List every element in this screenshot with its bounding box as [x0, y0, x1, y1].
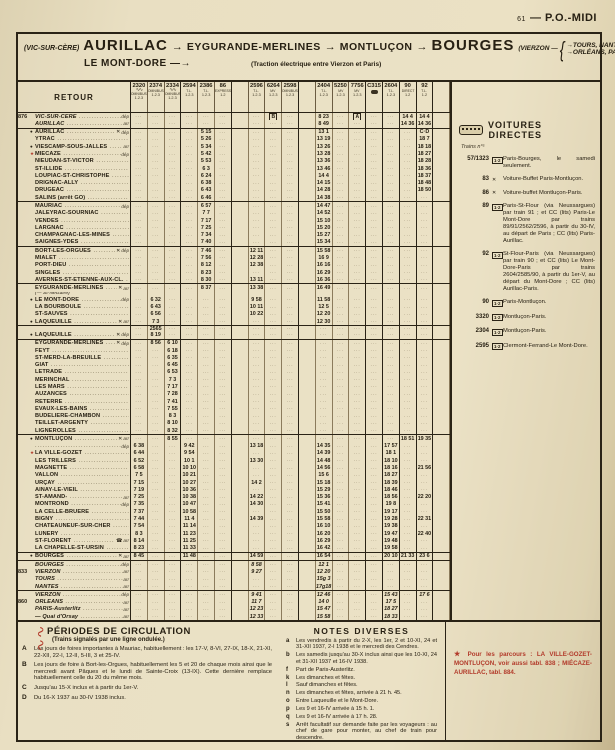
time-cell: ···	[333, 479, 350, 486]
direct-car-train-number: 2304	[459, 328, 492, 337]
time-cell: ···	[282, 187, 299, 194]
title-pre: (VIC-SUR-CÈRE)	[24, 45, 79, 52]
time-cell: ···	[349, 311, 366, 318]
time-cell: ···	[198, 457, 215, 464]
station-cell: BIGNY	[18, 515, 131, 522]
time-cell: ···	[215, 553, 232, 560]
time-cell: ···	[198, 450, 215, 457]
time-value: 8 12	[201, 262, 212, 268]
no-service-dots: ···	[287, 569, 294, 574]
divers-letter: k	[286, 675, 296, 681]
no-service-dots: ···	[337, 173, 344, 178]
train-number: 2594	[183, 83, 196, 89]
no-service-dots: ···	[287, 600, 294, 605]
time-cell: ···	[180, 583, 198, 590]
time-cell	[432, 331, 450, 338]
time-cell: ···	[333, 553, 350, 560]
direct-car-entry: 891·2Paris-St-Flour (via Neussargues) pa…	[459, 203, 595, 245]
time-cell: ···	[416, 376, 434, 383]
no-service-dots: ···	[421, 263, 428, 268]
no-service-dots: ···	[135, 377, 142, 382]
time-cell: ···	[333, 544, 350, 551]
time-cell: ···	[282, 262, 299, 269]
time-cell	[432, 427, 450, 434]
no-service-dots: ···	[169, 137, 176, 142]
time-cell: ···	[316, 398, 333, 405]
no-service-dots: ···	[371, 509, 378, 514]
time-cell: ···	[349, 553, 366, 560]
time-cell: 18 1	[382, 450, 400, 457]
time-cell: ···	[131, 598, 148, 605]
no-service-dots: ···	[371, 414, 378, 419]
time-cell: ···	[249, 544, 266, 551]
time-value: 18 27	[384, 606, 398, 612]
no-service-dots: ···	[404, 466, 411, 471]
no-service-dots: ···	[404, 607, 411, 612]
time-cell	[432, 523, 450, 530]
time-cell: ···	[416, 443, 434, 450]
time-cell: ···	[198, 369, 215, 376]
station-cell: EYGURANDE-MERLINES✕arr	[18, 284, 131, 291]
no-service-dots: ···	[219, 305, 226, 310]
no-service-dots: ···	[270, 370, 277, 375]
no-service-dots: ···	[337, 370, 344, 375]
time-cell	[231, 405, 249, 412]
no-service-dots: ···	[320, 392, 327, 397]
time-cell: 15 58	[316, 247, 333, 254]
arr-dep-label: arr	[123, 569, 130, 574]
train-column-header: C315	[365, 82, 383, 112]
time-value: 8 14	[134, 538, 145, 544]
no-service-dots: ···	[404, 270, 411, 275]
no-service-dots: ···	[387, 392, 394, 397]
time-cell: ···	[316, 412, 333, 419]
time-cell: 7 40	[198, 239, 215, 246]
train-column-header: 86EXPRESS1.2	[215, 82, 232, 112]
time-cell: ···	[382, 113, 400, 120]
station-cell: DRUGEAC	[18, 187, 131, 194]
time-cell: ···	[180, 391, 198, 398]
time-value: 7 17	[167, 384, 178, 390]
no-service-dots: ···	[287, 392, 294, 397]
time-cell: ···	[265, 303, 282, 310]
time-cell: ···	[148, 269, 165, 276]
time-cell: 14 0	[316, 598, 333, 605]
no-service-dots: ···	[270, 421, 277, 426]
time-cell: ···	[282, 553, 299, 560]
time-cell: ···	[131, 120, 148, 127]
time-cell: ···	[265, 269, 282, 276]
time-cell: ···	[382, 568, 400, 575]
time-cell: ···	[148, 405, 165, 412]
time-cell	[298, 210, 316, 217]
no-service-dots: ···	[320, 348, 327, 353]
time-cell: ···	[382, 284, 400, 291]
time-cell: ···	[282, 347, 299, 354]
time-cell	[298, 172, 316, 179]
arr-dep-label: dép	[121, 592, 130, 597]
time-cell	[231, 180, 249, 187]
time-cell: ···	[333, 239, 350, 246]
no-service-dots: ···	[169, 451, 176, 456]
no-service-dots: ···	[270, 384, 277, 389]
time-cell: ···	[265, 232, 282, 239]
no-service-dots: ···	[270, 355, 277, 360]
time-cell: ···	[282, 150, 299, 157]
station-cell: BOURGESdép	[18, 561, 131, 568]
class-1-2-icon: 1·2	[492, 299, 503, 308]
time-cell: ···	[365, 150, 383, 157]
time-cell	[231, 427, 249, 434]
no-service-dots: ···	[354, 355, 361, 360]
no-service-dots: ···	[253, 204, 260, 209]
station-name: EYGURANDE-MERLINES	[35, 285, 117, 291]
table-row: CHAMPAGNAC-LES-MINES············7 34····…	[18, 232, 450, 239]
no-service-dots: ···	[219, 473, 226, 478]
no-service-dots: ···	[287, 480, 294, 485]
no-service-dots: ···	[387, 406, 394, 411]
time-cell: ···	[382, 232, 400, 239]
time-cell: ···	[165, 284, 182, 291]
time-cell: ···	[165, 254, 182, 261]
time-cell: ···	[333, 427, 350, 434]
no-service-dots: ···	[371, 173, 378, 178]
time-cell: 18 27	[382, 606, 400, 613]
time-cell: 16 10	[316, 523, 333, 530]
time-cell: 17g18	[316, 583, 333, 590]
title-mont-dore: LE MONT-DORE —→	[84, 58, 191, 69]
time-cell: ···	[198, 553, 215, 560]
no-service-dots: ···	[152, 614, 159, 619]
time-cell: ···	[249, 530, 266, 537]
time-cell	[432, 318, 450, 325]
no-service-dots: ···	[387, 255, 394, 260]
time-cell: 8 10	[165, 420, 182, 427]
time-cell: ···	[382, 412, 400, 419]
arr-dep-label: dép	[121, 341, 130, 346]
time-cell: ···	[365, 113, 383, 120]
no-service-dots: ···	[404, 188, 411, 193]
title-via: (VIERZON — { →TOURS, NANTES)→ORLÉANS, PA…	[518, 41, 615, 57]
time-cell: 15 27	[316, 232, 333, 239]
no-service-dots: ···	[337, 211, 344, 216]
time-cell: ···	[148, 217, 165, 224]
time-cell: 6 10	[165, 340, 182, 347]
time-cell: ···	[165, 247, 182, 254]
no-service-dots: ···	[287, 399, 294, 404]
arr-dep-label: dép	[121, 332, 130, 337]
no-service-dots: ···	[287, 181, 294, 186]
time-cell: ···	[165, 224, 182, 231]
time-value: 19 28	[384, 516, 398, 522]
station-name: AURILLAC	[35, 121, 123, 127]
no-service-dots: ···	[421, 577, 428, 582]
time-cell: ···	[249, 376, 266, 383]
time-cell: 18 39	[382, 479, 400, 486]
time-cell: ···	[282, 464, 299, 471]
time-cell: ···	[399, 530, 417, 537]
no-service-dots: ···	[287, 218, 294, 223]
time-value: 14 47	[317, 203, 331, 209]
station-name: MÉRINCHAL	[35, 377, 129, 383]
no-service-dots: ···	[354, 577, 361, 582]
train-classes: 1.2.3	[336, 93, 344, 97]
time-cell: ···	[131, 303, 148, 310]
time-cell: ···	[165, 202, 182, 209]
time-cell	[298, 143, 316, 150]
time-cell	[298, 158, 316, 165]
no-service-dots: ···	[421, 225, 428, 230]
no-service-dots: ···	[387, 286, 394, 291]
time-cell: ···	[249, 136, 266, 143]
no-service-dots: ···	[270, 348, 277, 353]
time-cell: ···	[131, 217, 148, 224]
station-cell: CHATEAUNEUF-SUR-CHER	[18, 523, 131, 530]
no-service-dots: ···	[421, 502, 428, 507]
no-service-dots: ···	[387, 159, 394, 164]
time-cell: ···	[349, 435, 366, 442]
time-cell: ···	[131, 158, 148, 165]
time-cell	[231, 318, 249, 325]
time-cell: ···	[399, 239, 417, 246]
no-service-dots: ···	[354, 399, 361, 404]
station-cell: — Quai d'Orsayarr	[18, 613, 131, 620]
no-service-dots: ···	[270, 554, 277, 559]
station-name: ST-FLORENT	[35, 538, 115, 544]
time-value: 10 38	[183, 494, 197, 500]
no-service-dots: ···	[152, 225, 159, 230]
time-value: 6 45	[167, 362, 178, 368]
time-cell: 11 33	[180, 544, 198, 551]
time-cell	[231, 354, 249, 361]
time-cell: ···	[333, 284, 350, 291]
no-service-dots: ···	[421, 240, 428, 245]
no-service-dots: ···	[387, 355, 394, 360]
table-row: TEILLET-ARGENTY······8 10···············…	[18, 420, 450, 427]
time-cell: ···	[198, 427, 215, 434]
no-service-dots: ···	[387, 332, 394, 337]
page-header: 61— P.O.-MIDI	[517, 12, 597, 24]
no-service-dots: ···	[320, 332, 327, 337]
no-service-dots: ···	[203, 569, 210, 574]
no-service-dots: ···	[371, 592, 378, 597]
no-service-dots: ···	[404, 421, 411, 426]
no-service-dots: ···	[219, 144, 226, 149]
time-cell: 13 19	[316, 136, 333, 143]
no-service-dots: ···	[371, 363, 378, 368]
time-cell: ···	[382, 405, 400, 412]
divers-letter: p	[286, 706, 296, 712]
time-cell: ···	[215, 568, 232, 575]
no-service-dots: ···	[421, 370, 428, 375]
time-cell: 14 39	[249, 515, 266, 522]
time-cell: ···	[333, 376, 350, 383]
time-cell: 18 50	[416, 187, 434, 194]
time-cell	[432, 303, 450, 310]
station-cell: ●AURILLAC✕dép	[18, 129, 131, 136]
time-cell: ···	[365, 561, 383, 568]
no-service-dots: ···	[337, 363, 344, 368]
time-cell: ···	[180, 435, 198, 442]
time-value: 11 33	[183, 545, 196, 551]
time-cell: ···	[215, 194, 232, 201]
no-service-dots: ···	[219, 421, 226, 426]
arr-dep-label: arr	[123, 584, 130, 589]
time-cell: ···	[382, 340, 400, 347]
time-value: 18 39	[384, 480, 398, 486]
time-cell: ···	[382, 276, 400, 283]
no-service-dots: ···	[371, 531, 378, 536]
no-service-dots: ···	[270, 188, 277, 193]
time-cell: ···	[282, 383, 299, 390]
no-service-dots: ···	[421, 319, 428, 324]
no-service-dots: ···	[387, 436, 394, 441]
no-service-dots: ···	[337, 144, 344, 149]
table-row: AUZANCES······7 28······················…	[18, 391, 450, 398]
time-cell: ···	[349, 530, 366, 537]
time-cell: ···	[265, 318, 282, 325]
time-cell: ···	[399, 501, 417, 508]
table-row: CHATEAUNEUF-SUR-CHER7 54······11 14·····…	[18, 523, 450, 530]
time-value: 15 58	[317, 614, 331, 620]
time-cell: ···	[215, 450, 232, 457]
time-cell: ···	[198, 515, 215, 522]
no-service-dots: ···	[337, 332, 344, 337]
time-cell: ···	[333, 435, 350, 442]
no-service-dots: ···	[371, 554, 378, 559]
no-service-dots: ···	[354, 286, 361, 291]
no-service-dots: ···	[219, 188, 226, 193]
time-cell: ···	[382, 217, 400, 224]
no-service-dots: ···	[354, 524, 361, 529]
table-row: YTRAC············5 26············13 19··…	[18, 136, 450, 143]
time-cell: ···	[282, 523, 299, 530]
station-cell: MÉRINCHAL	[18, 376, 131, 383]
time-cell: 22 40	[416, 530, 434, 537]
direct-car-entry: 86✕Voiture-buffet Montluçon-Paris.	[459, 190, 595, 198]
no-service-dots: ···	[387, 263, 394, 268]
time-cell: ···	[333, 143, 350, 150]
time-cell: ···	[282, 515, 299, 522]
train-type: T.L.	[203, 89, 209, 93]
station-name: LÉTRADE	[35, 369, 129, 375]
no-service-dots: ···	[421, 384, 428, 389]
time-value: 14 15	[317, 180, 331, 186]
no-service-dots: ···	[404, 584, 411, 589]
time-cell: ···	[349, 598, 366, 605]
time-cell	[231, 269, 249, 276]
no-service-dots: ···	[219, 277, 226, 282]
time-cell: ···	[399, 210, 417, 217]
time-cell: ···	[416, 606, 434, 613]
time-cell: ···	[416, 276, 434, 283]
time-cell: ···	[265, 311, 282, 318]
table-row: BIGNY7 44······11 4······14 39······15 5…	[18, 515, 450, 522]
time-cell: ···	[165, 568, 182, 575]
time-value: 8 23	[318, 114, 329, 120]
station-name: LE MONT-DORE	[35, 297, 121, 303]
no-service-dots: ···	[354, 144, 361, 149]
time-cell: 15 18	[316, 479, 333, 486]
time-cell: ···	[265, 427, 282, 434]
no-service-dots: ···	[354, 562, 361, 567]
no-service-dots: ···	[371, 286, 378, 291]
no-service-dots: ···	[253, 173, 260, 178]
time-value: 15 58	[317, 248, 331, 254]
no-service-dots: ···	[270, 546, 277, 551]
time-cell: 18 48	[416, 180, 434, 187]
time-cell: ···	[215, 331, 232, 338]
time-cell: ···	[333, 420, 350, 427]
no-service-dots: ···	[169, 181, 176, 186]
train-column-header: 5250MV1.2.3	[333, 82, 350, 112]
time-cell: ···	[198, 537, 215, 544]
no-service-dots: ···	[219, 263, 226, 268]
time-cell: 14 38	[316, 194, 333, 201]
no-service-dots: ···	[287, 444, 294, 449]
no-service-dots: ···	[270, 240, 277, 245]
time-cell: ···	[282, 129, 299, 136]
no-service-dots: ···	[203, 355, 210, 360]
time-cell: ···	[131, 276, 148, 283]
main-area: RETOUR 2320∿∿OMNIBUS1.2.32374OMNIBUS1.2.…	[18, 82, 600, 620]
train-classes: 1.2.3	[286, 93, 294, 97]
time-cell: ···	[215, 383, 232, 390]
time-cell: 18 37	[416, 172, 434, 179]
arrow-icon: →	[325, 41, 336, 53]
no-service-dots: ···	[371, 392, 378, 397]
station-name: CHATEAUNEUF-SUR-CHER	[35, 523, 129, 529]
no-service-dots: ···	[152, 584, 159, 589]
table-row: VALLON7 5······10 21···············15 6·…	[18, 472, 450, 479]
time-cells: ············8 30···13 11······16 36·····…	[131, 276, 450, 283]
train-column-header: 2594T.L.1.2.3	[180, 82, 198, 112]
train-column-header: 2404T.L.1.2.3	[316, 82, 333, 112]
table-row: ★LA VILLE-GOZET6 44······9 54···········…	[18, 450, 450, 457]
no-service-dots: ···	[253, 144, 260, 149]
no-service-dots: ···	[135, 277, 142, 282]
time-cell	[432, 443, 450, 450]
no-service-dots: ···	[186, 577, 193, 582]
time-cell: ···	[249, 537, 266, 544]
no-service-dots: ···	[152, 414, 159, 419]
time-cell: 18 10	[382, 457, 400, 464]
no-service-dots: ···	[371, 152, 378, 157]
time-cell: ···	[399, 202, 417, 209]
time-cell: ···	[165, 508, 182, 515]
time-cell: ···	[215, 136, 232, 143]
time-cell: ···	[165, 606, 182, 613]
no-service-dots: ···	[404, 458, 411, 463]
station-cell: URÇAY	[18, 479, 131, 486]
time-value: 18 56	[384, 494, 398, 500]
time-cell: ···	[349, 172, 366, 179]
time-cell: ···	[148, 553, 165, 560]
time-cell: ···	[249, 576, 266, 583]
time-cell: ···	[265, 180, 282, 187]
no-service-dots: ···	[387, 270, 394, 275]
no-service-dots: ···	[219, 546, 226, 551]
no-service-dots: ···	[371, 312, 378, 317]
no-service-dots: ···	[186, 569, 193, 574]
station-cell: JALEYRAC-SOURNIAC	[18, 210, 131, 217]
time-cell: ···	[349, 576, 366, 583]
train-classes: 1.2.3	[135, 96, 143, 100]
no-service-dots: ···	[253, 414, 260, 419]
no-service-dots: ···	[354, 421, 361, 426]
no-service-dots: ···	[421, 277, 428, 282]
time-cell: ···	[131, 561, 148, 568]
